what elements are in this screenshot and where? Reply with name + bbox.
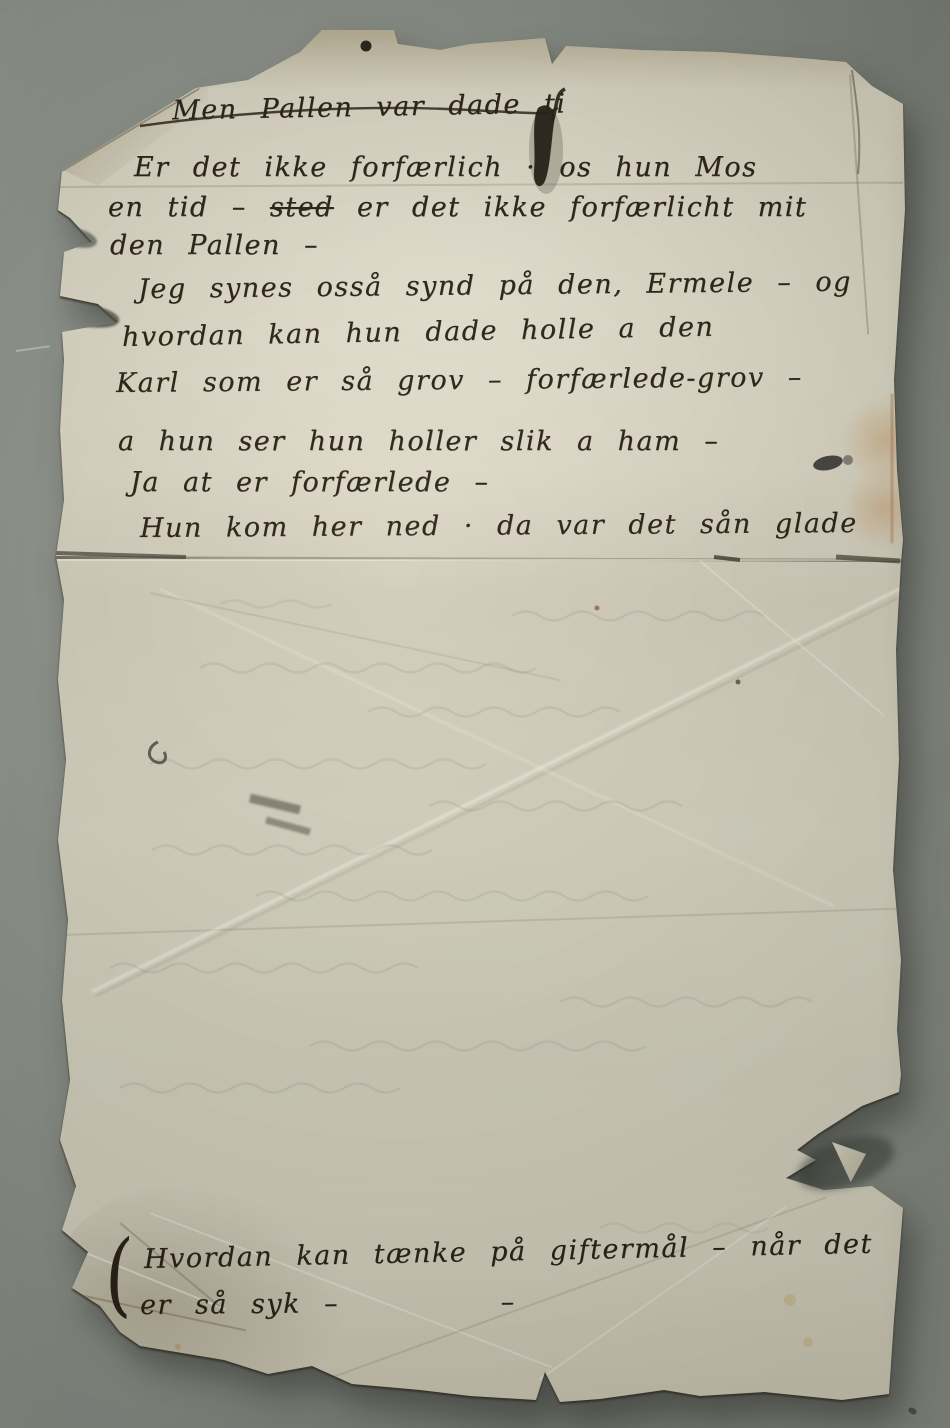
rust-speck: [803, 1337, 813, 1347]
handwriting-line-2: Er det ikke forfærlich · os hun Mos: [134, 152, 757, 183]
ink-smudge: [250, 798, 310, 832]
rust-speck: [175, 1344, 181, 1350]
handwriting-line-3: en tid – sted er det ikke forfærlicht mi…: [108, 192, 807, 223]
crease: [150, 592, 561, 681]
crease: [699, 560, 884, 716]
handwriting-line-7: Karl som er så grov – forfærlede-grov –: [116, 362, 803, 399]
handwriting-line-10: Hun kom her ned · da var det sån glade: [140, 508, 858, 544]
handwriting-line-8: a hun ser hun holler slik a ham –: [118, 426, 719, 457]
crease: [60, 908, 902, 936]
handwriting-line-1: – Men Pallen var dade ti: [134, 88, 567, 127]
stain: [848, 462, 920, 554]
handwriting-footnote-line-2: er så syk – –: [140, 1287, 516, 1321]
rust-speck: [595, 606, 600, 611]
tear-shadow: [56, 300, 121, 331]
crease: [91, 586, 902, 992]
edge-crack: [852, 70, 859, 174]
manuscript-paper-wrap: – Men Pallen var dade ti Er det ikke for…: [0, 0, 950, 1428]
struck-word: sted: [270, 192, 334, 223]
manuscript-paper: – Men Pallen var dade ti Er det ikke for…: [0, 0, 950, 1428]
stain-edge: [891, 394, 894, 544]
tear-shadow: [56, 224, 99, 251]
handwriting-line-5: Jeg synes osså synd på den, Ermele – og: [138, 267, 852, 305]
opening-parenthesis: (: [98, 1221, 139, 1329]
stain: [842, 398, 930, 484]
handwriting-line-9: Ja at er forfærlede –: [130, 467, 489, 498]
handwriting-line-4: den Pallen –: [110, 230, 319, 261]
ink-curl-mark: [149, 742, 165, 763]
handwriting-line-6: hvordan kan hun dade holle a den: [122, 312, 715, 353]
crease: [96, 597, 899, 997]
crease: [56, 556, 904, 562]
crease: [56, 30, 906, 90]
rust-speck: [153, 1353, 161, 1361]
crease: [56, 559, 904, 561]
photo-backdrop: – Men Pallen var dade ti Er det ikke for…: [0, 0, 950, 1428]
rust-speck: [784, 1294, 796, 1306]
pinhole: [361, 41, 372, 52]
dark-blob: [812, 453, 844, 473]
handwriting-footnote-line-1: Hvordan kan tænke på giftermål – når det: [144, 1229, 873, 1275]
crease: [160, 588, 835, 907]
